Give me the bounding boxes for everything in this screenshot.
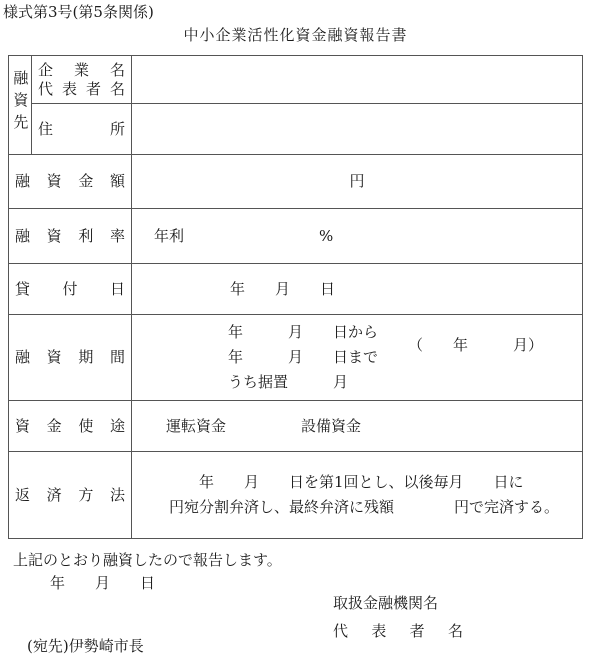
- company-representative-label: 企業名 代表者名: [32, 56, 132, 104]
- representative-name-label: 代表者名: [38, 80, 125, 99]
- institution-name-label: 取扱金融機関名: [333, 594, 463, 613]
- loan-period-field: 年 月 日から 年 月 日まで うち据置 月 （ 年 月）: [132, 315, 583, 401]
- report-statement: 上記のとおり融資したので報告します。: [13, 551, 282, 570]
- repayment-line1: 年 月 日を第1回とし、以後毎月 日に: [132, 470, 582, 495]
- representative-signature-label: 代表者名: [333, 622, 463, 641]
- repayment-method-label: 返済方法: [9, 452, 132, 539]
- table-row: 融資期間 年 月 日から 年 月 日まで うち据置 月 （ 年 月）: [9, 315, 583, 401]
- table-row: 貸付日 年 月 日: [9, 264, 583, 315]
- interest-rate-field: 年利 %: [132, 209, 583, 264]
- address-field: [132, 104, 583, 155]
- interest-rate-text: 年利 %: [132, 227, 582, 246]
- table-row: 住所: [9, 104, 583, 155]
- loan-period-label: 融資期間: [9, 315, 132, 401]
- signature-block: 取扱金融機関名 代表者名: [333, 594, 463, 641]
- fund-usage-field: 運転資金 設備資金: [132, 401, 583, 452]
- period-deferment-text: うち据置 月: [132, 370, 582, 395]
- lender-group-label: 融資先: [9, 56, 32, 155]
- company-name-label: 企業名: [38, 61, 125, 80]
- period-duration-text: （ 年 月）: [408, 333, 543, 358]
- loan-amount-field: 円: [132, 155, 583, 209]
- loan-amount-label: 融資金額: [9, 155, 132, 209]
- table-row: 融資利率 年利 %: [9, 209, 583, 264]
- yen-unit-label: 円: [349, 172, 364, 190]
- interest-rate-label: 融資利率: [9, 209, 132, 264]
- table-row: 融資金額 円: [9, 155, 583, 209]
- table-row: 返済方法 年 月 日を第1回とし、以後毎月 日に 円宛分割弁済し、最終弁済に残額…: [9, 452, 583, 539]
- addressee: (宛先)伊勢崎市長: [27, 637, 144, 656]
- loan-date-field: 年 月 日: [132, 264, 583, 315]
- loan-date-text: 年 月 日: [132, 280, 582, 299]
- table-row: 融資先 企業名 代表者名: [9, 56, 583, 104]
- address-label: 住所: [32, 104, 132, 155]
- repayment-method-field: 年 月 日を第1回とし、以後毎月 日に 円宛分割弁済し、最終弁済に残額 円で完済…: [132, 452, 583, 539]
- report-date: 年 月 日: [50, 574, 155, 593]
- repayment-line2: 円宛分割弁済し、最終弁済に残額 円で完済する。: [132, 495, 582, 520]
- fund-usage-label: 資金使途: [9, 401, 132, 452]
- loan-report-table: 融資先 企業名 代表者名 住所 融資金額 円 融資利率 年利 % 貸付日 年 月…: [8, 55, 583, 539]
- fund-usage-options: 運転資金 設備資金: [132, 417, 582, 436]
- company-name-field: [132, 56, 583, 104]
- page-title: 中小企業活性化資金融資報告書: [0, 26, 591, 45]
- loan-date-label: 貸付日: [9, 264, 132, 315]
- form-number: 様式第3号(第5条関係): [3, 3, 154, 22]
- table-row: 資金使途 運転資金 設備資金: [9, 401, 583, 452]
